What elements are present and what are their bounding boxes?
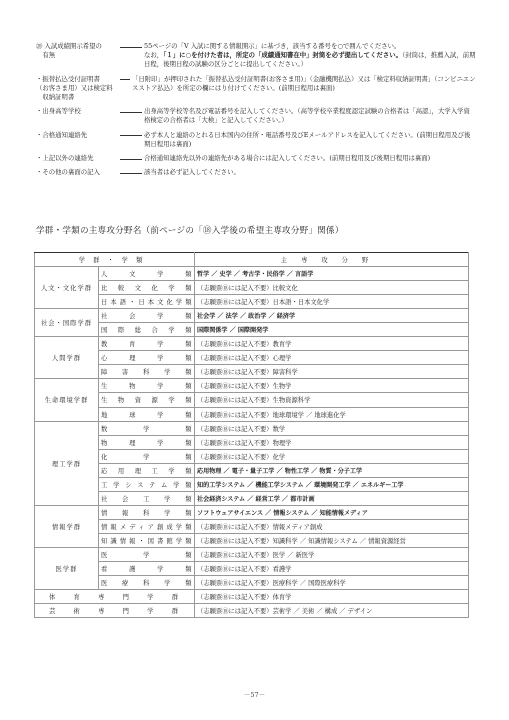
table-row: 化学類（志願票⑱には記入不要）化学 xyxy=(35,449,469,463)
table-header-row: 学群・学類 主専攻分野 xyxy=(35,253,469,267)
major-fields-cell: ソフトウェアサイエンス ／ 情報システム ／ 知能情報メディア xyxy=(195,505,469,519)
leader-line xyxy=(118,75,132,103)
major-fields-cell: （志願票⑱には記入不要）体育学 xyxy=(195,590,469,604)
gakurui-cell: 教育学類 xyxy=(99,337,195,351)
gakurui-cell: 工学システム学類 xyxy=(99,477,195,491)
note-text: 55ページの「V 入試に関する情報開示」に基づき，該当する番号を○で囲んでくださ… xyxy=(144,42,476,70)
major-fields-cell: （志願票⑱には記入不要）心理学 xyxy=(195,351,469,365)
note-item: ・上記以外の連絡先合格通知連絡先以外の連絡先がある場合には記入してください。(前… xyxy=(36,154,476,163)
gakurui-cell: 社会工学類 xyxy=(99,491,195,505)
major-fields-cell: （志願票⑱には記入不要）医学 ／ 新医学 xyxy=(195,547,469,561)
note-label: ⑳ 入試成績開示希望の 有無 xyxy=(36,42,118,70)
major-fields-cell: （志願票⑱には記入不要）芸術学 ／ 美術 ／ 構成 ／ デザイン xyxy=(195,604,469,618)
leader-line xyxy=(118,131,144,149)
gakurui-cell: 障害科学類 xyxy=(99,365,195,379)
header-group: 学群・学類 xyxy=(35,253,195,267)
table-row: 情報学群情報科学類ソフトウェアサイエンス ／ 情報システム ／ 知能情報メディア xyxy=(35,505,469,519)
major-fields-cell: （志願票⑱には記入不要）障害科学 xyxy=(195,365,469,379)
table-row: 心理学類（志願票⑱には記入不要）心理学 xyxy=(35,351,469,365)
major-fields-cell: （志願票⑱には記入不要）生物資源科学 xyxy=(195,393,469,407)
table-row: 国際総合学類国際関係学 ／ 国際開発学 xyxy=(35,323,469,337)
table-row: 看護学類（志願票⑱には記入不要）看護学 xyxy=(35,562,469,576)
note-label: ・その他の裏面の記入 xyxy=(36,168,118,177)
major-fields-cell: （志願票⑱には記入不要）情報メディア創成 xyxy=(195,519,469,533)
note-text-part: 55ページの「V 入試に関する情報開示」に基づき，該当する番号を○で囲んでくださ… xyxy=(144,42,400,50)
gakugun-cell: 生命環境学群 xyxy=(35,379,99,421)
table-row: 障害科学類（志願票⑱には記入不要）障害科学 xyxy=(35,365,469,379)
gakurui-cell: 情報科学類 xyxy=(99,505,195,519)
note-item: ・合格通知連絡先必ず本人と連絡のとれる日本国内の住所・電話番号及びEメールアドレ… xyxy=(36,131,476,149)
gakugun-cell: 社会・国際学群 xyxy=(35,309,99,337)
leader-line xyxy=(118,42,144,70)
gakugun-cell: 体育専門学群 xyxy=(35,590,195,604)
gakurui-cell: 化学類 xyxy=(99,449,195,463)
instruction-notes: ⑳ 入試成績開示希望の 有無55ページの「V 入試に関する情報開示」に基づき，該… xyxy=(36,42,476,182)
major-fields-cell: （志願票⑱には記入不要）地球環境学 ／ 地球進化学 xyxy=(195,407,469,421)
major-fields-cell: 哲学 ／ 史学 ／ 考古学・民俗学 ／ 言語学 xyxy=(195,267,469,281)
table-row: 生命環境学群生物学類（志願票⑱には記入不要）生物学 xyxy=(35,379,469,393)
major-fields-cell: （志願票⑱には記入不要）知識科学 ／ 知識情報システム ／ 情報資源経営 xyxy=(195,533,469,547)
gakurui-cell: 情報メディア創成学類 xyxy=(99,519,195,533)
note-text-part: なお， xyxy=(144,51,163,59)
note-label: ・上記以外の連絡先 xyxy=(36,154,118,163)
table-row: 社会工学類社会経済システム ／ 経営工学 ／ 都市計画 xyxy=(35,491,469,505)
gakurui-cell: 医療科学類 xyxy=(99,576,195,590)
note-text-part: 出身高等学校等名及び電話番号を記入してください。（高等学校卒業程度認定試験の合格… xyxy=(144,107,470,124)
table-row: 比較文化学類（志願票⑱には記入不要）比較文化 xyxy=(35,281,469,295)
major-fields-cell: （志願票⑱には記入不要）教育学 xyxy=(195,337,469,351)
gakurui-cell: 医学類 xyxy=(99,547,195,561)
leader-line xyxy=(118,154,144,163)
major-fields-cell: （志願票⑱には記入不要）生物学 xyxy=(195,379,469,393)
major-fields-cell: （志願票⑱には記入不要）比較文化 xyxy=(195,281,469,295)
major-fields-cell: 応用物理 ／ 電子・量子工学 ／ 物性工学 ／ 物質・分子工学 xyxy=(195,463,469,477)
gakugun-cell: 理工学群 xyxy=(35,421,99,505)
note-text-part: 「日附印」が押印された「振替払込受付証明書(お客さま用)」（金融機関払込）又は「… xyxy=(132,75,476,92)
note-label: ・出身高等学校 xyxy=(36,107,118,125)
leader-line xyxy=(118,168,144,177)
gakurui-cell: 生物学類 xyxy=(99,379,195,393)
table-row: 情報メディア創成学類（志願票⑱には記入不要）情報メディア創成 xyxy=(35,519,469,533)
gakurui-cell: 看護学類 xyxy=(99,562,195,576)
gakurui-cell: 比較文化学類 xyxy=(99,281,195,295)
note-item: ・出身高等学校出身高等学校等名及び電話番号を記入してください。（高等学校卒業程度… xyxy=(36,107,476,125)
section-title: 学群・学類の主専攻分野名（前ページの「⑱入学後の希望主専攻分野」関係） xyxy=(36,224,344,236)
major-fields-cell: （志願票⑱には記入不要）数学 xyxy=(195,421,469,435)
major-fields-cell: （志願票⑱には記入不要）物理学 xyxy=(195,435,469,449)
note-text: 出身高等学校等名及び電話番号を記入してください。（高等学校卒業程度認定試験の合格… xyxy=(144,107,476,125)
note-item: ・その他の裏面の記入該当者は必ず記入してください。 xyxy=(36,168,476,177)
gakurui-cell: 国際総合学類 xyxy=(99,323,195,337)
table-row: 社会・国際学群社会学類社会学 ／ 法学 ／ 政治学 ／ 経済学 xyxy=(35,309,469,323)
table-row: 芸術専門学群（志願票⑱には記入不要）芸術学 ／ 美術 ／ 構成 ／ デザイン xyxy=(35,604,469,618)
table-row: 生物資源学類（志願票⑱には記入不要）生物資源科学 xyxy=(35,393,469,407)
note-text: 該当者は必ず記入してください。 xyxy=(144,168,476,177)
note-text-part: 合格通知連絡先以外の連絡先がある場合には記入してください。(前期日程用及び後期日… xyxy=(144,154,430,162)
table-row: 医学群医学類（志願票⑱には記入不要）医学 ／ 新医学 xyxy=(35,547,469,561)
major-fields-cell: 社会経済システム ／ 経営工学 ／ 都市計画 xyxy=(195,491,469,505)
major-fields-cell: （志願票⑱には記入不要）化学 xyxy=(195,449,469,463)
gakurui-cell: 数学類 xyxy=(99,421,195,435)
note-text: 合格通知連絡先以外の連絡先がある場合には記入してください。(前期日程用及び後期日… xyxy=(144,154,476,163)
table-row: 地球学類（志願票⑱には記入不要）地球環境学 ／ 地球進化学 xyxy=(35,407,469,421)
major-fields-cell: （志願票⑱には記入不要）日本語・日本文化学 xyxy=(195,295,469,309)
table-row: 知識情報・図書館学類（志願票⑱には記入不要）知識科学 ／ 知識情報システム ／ … xyxy=(35,533,469,547)
table-row: 工学システム学類知的工学システム ／ 機能工学システム ／ 環境開発工学 ／ エ… xyxy=(35,477,469,491)
note-label: ・振替払込受付証明書 （お客さま用）又は検定料 収納証明書 xyxy=(36,75,118,103)
leader-line xyxy=(118,107,144,125)
gakugun-cell: 人文・文化学群 xyxy=(35,267,99,309)
page-number: －57－ xyxy=(0,690,509,699)
gakugun-cell: 芸術専門学群 xyxy=(35,604,195,618)
major-fields-cell: （志願票⑱には記入不要）医療科学 ／ 国際医療科学 xyxy=(195,576,469,590)
note-text-part: 必ず本人と連絡のとれる日本国内の住所・電話番号及びEメールアドレスを記入してくだ… xyxy=(144,131,470,148)
table-row: 医療科学類（志願票⑱には記入不要）医療科学 ／ 国際医療科学 xyxy=(35,576,469,590)
gakurui-cell: 人文学類 xyxy=(99,267,195,281)
gakugun-cell: 人間学群 xyxy=(35,337,99,379)
gakugun-cell: 情報学群 xyxy=(35,505,99,547)
header-majors: 主専攻分野 xyxy=(195,253,469,267)
table-row: 応用理工学類応用物理 ／ 電子・量子工学 ／ 物性工学 ／ 物質・分子工学 xyxy=(35,463,469,477)
gakurui-cell: 生物資源学類 xyxy=(99,393,195,407)
note-item: ⑳ 入試成績開示希望の 有無55ページの「V 入試に関する情報開示」に基づき，該… xyxy=(36,42,476,70)
table-row: 体育専門学群（志願票⑱には記入不要）体育学 xyxy=(35,590,469,604)
note-emphasis: 「１」に○を付けた者は，所定の「成績通知書在中」封筒を必ず提出してください。 xyxy=(163,51,402,59)
gakurui-cell: 応用理工学類 xyxy=(99,463,195,477)
table-row: 日本語・日本文化学類（志願票⑱には記入不要）日本語・日本文化学 xyxy=(35,295,469,309)
gakurui-cell: 地球学類 xyxy=(99,407,195,421)
gakurui-cell: 社会学類 xyxy=(99,309,195,323)
table-row: 人文・文化学群人文学類哲学 ／ 史学 ／ 考古学・民俗学 ／ 言語学 xyxy=(35,267,469,281)
major-fields-cell: 社会学 ／ 法学 ／ 政治学 ／ 経済学 xyxy=(195,309,469,323)
note-text: 「日附印」が押印された「振替払込受付証明書(お客さま用)」（金融機関払込）又は「… xyxy=(132,75,476,103)
major-fields-cell: 知的工学システム ／ 機能工学システム ／ 環境開発工学 ／ エネルギー工学 xyxy=(195,477,469,491)
gakurui-cell: 日本語・日本文化学類 xyxy=(99,295,195,309)
table-row: 物理学類（志願票⑱には記入不要）物理学 xyxy=(35,435,469,449)
major-fields-cell: （志願票⑱には記入不要）看護学 xyxy=(195,562,469,576)
note-text-part: 該当者は必ず記入してください。 xyxy=(144,168,240,176)
gakugun-cell: 医学群 xyxy=(35,547,99,589)
majors-table: 学群・学類 主専攻分野 人文・文化学群人文学類哲学 ／ 史学 ／ 考古学・民俗学… xyxy=(34,252,469,618)
major-fields-cell: 国際関係学 ／ 国際開発学 xyxy=(195,323,469,337)
gakurui-cell: 心理学類 xyxy=(99,351,195,365)
note-text: 必ず本人と連絡のとれる日本国内の住所・電話番号及びEメールアドレスを記入してくだ… xyxy=(144,131,476,149)
gakurui-cell: 物理学類 xyxy=(99,435,195,449)
note-label: ・合格通知連絡先 xyxy=(36,131,118,149)
note-item: ・振替払込受付証明書 （お客さま用）又は検定料 収納証明書「日附印」が押印された… xyxy=(36,75,476,103)
table-row: 人間学群教育学類（志願票⑱には記入不要）教育学 xyxy=(35,337,469,351)
table-row: 理工学群数学類（志願票⑱には記入不要）数学 xyxy=(35,421,469,435)
gakurui-cell: 知識情報・図書館学類 xyxy=(99,533,195,547)
